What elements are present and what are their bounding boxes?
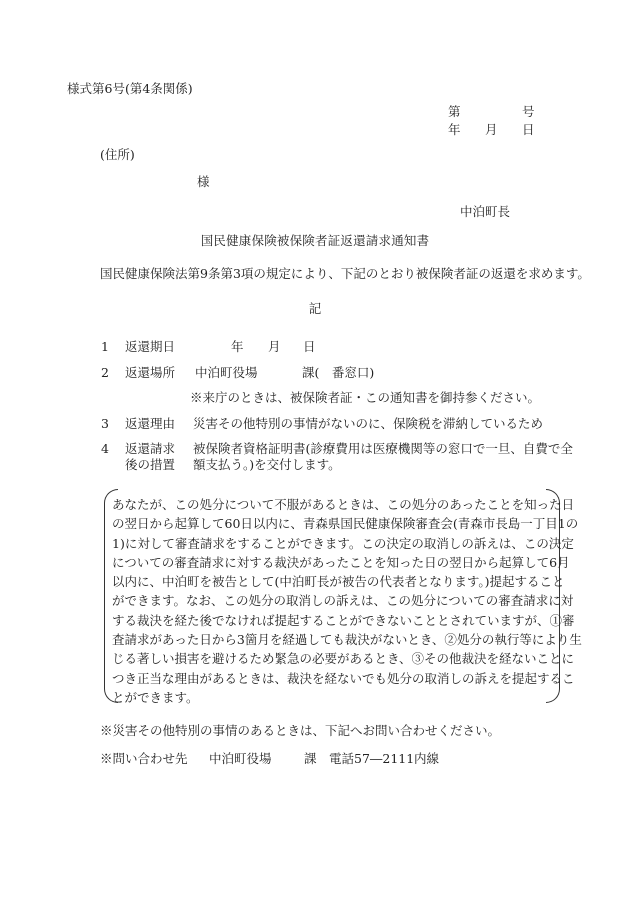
item-label: 返還理由 (125, 418, 175, 431)
document-intro: 国民健康保険法第9条第3項の規定により、下記のとおり被保険者証の返還を求めます。 (100, 268, 590, 281)
appeal-line: 1)に対して審査請求をすることができます。この決定の取消しの訴えは、この決定 (112, 534, 556, 553)
document-number: 第 号 (448, 106, 538, 120)
appeal-line: とができます。 (112, 688, 556, 707)
contact-label: ※問い合わせ先 (100, 753, 188, 766)
document-date: 年 月 日 (448, 124, 538, 138)
number-prefix: 第 (448, 106, 461, 119)
date-day: 日 (522, 124, 535, 137)
sender-name: 中泊町長 (460, 206, 510, 219)
return-day: 日 (303, 341, 316, 354)
return-month: 月 (268, 341, 281, 354)
item-return-date: 1 返還期日 年 月 日 (0, 341, 630, 355)
item-label-line1: 返還請求 (125, 443, 175, 456)
measures-value-line2: 額支払う。)を交付します。 (193, 459, 341, 472)
appeal-notice-box: あなたが、この処分について不服があるときは、この処分のあったことを知った日 の翌… (104, 489, 560, 703)
appeal-line: ができます。なお、この処分の取消しの訴えは、この処分についての審査請求に対 (112, 591, 556, 610)
item-number: 4 (101, 443, 109, 456)
recipient-honorific: 様 (197, 176, 210, 189)
appeal-line: つき正当な理由があるときは、裁決を経ないでも処分の取消しの訴えを提起するこ (112, 669, 556, 688)
appeal-line: 査請求があった日から3箇月を経過しても裁決がないとき、②処分の執行等により生 (112, 630, 556, 649)
item-label-line2: 後の措置 (125, 459, 175, 472)
contact-info: ※問い合わせ先 中泊町役場 課 電話57―2111 内線 (0, 753, 630, 767)
return-office: 中泊町役場 (195, 367, 258, 380)
form-label: 様式第6号(第4条関係) (67, 83, 193, 96)
item-number: 2 (101, 367, 109, 380)
measures-value-line1: 被保険者資格証明書(診療費用は医療機関等の窓口で一旦、自費で全 (193, 443, 573, 456)
return-reason-value: 災害その他特別の事情がないのに、保険税を滞納しているため (193, 418, 543, 431)
item-post-request-measures: 4 返還請求 後の措置 被保険者資格証明書(診療費用は医療機関等の窓口で一旦、自… (0, 443, 630, 475)
contact-office: 中泊町役場 (209, 753, 272, 766)
appeal-line: する裁決を経た後でなければ提起することができないこととされていますが、①審 (112, 611, 556, 630)
appeal-line: 以内に、中泊町を被告として(中泊町長が被告の代表者となります。)提起すること (112, 572, 556, 591)
item-label: 返還場所 (125, 367, 175, 380)
document-title: 国民健康保険被保険者証返還請求通知書 (0, 235, 630, 248)
contact-extension: 内線 (414, 753, 439, 766)
return-year: 年 (231, 341, 244, 354)
contact-phone: 電話57―2111 (329, 753, 414, 766)
special-circumstance-note: ※災害その他特別の事情のあるときは、下記へお問い合わせください。 (100, 725, 500, 738)
appeal-line: じる著しい損害を避けるため緊急の必要があるとき、③その他裁決を経ないことに (112, 649, 556, 668)
item-number: 1 (101, 341, 109, 354)
appeal-line: の翌日から起算して60日以内に、青森県国民健康保険審査会(青森市長島一丁目1の (112, 514, 556, 533)
return-section: 課( 番窓口) (302, 367, 374, 380)
item-return-place: 2 返還場所 中泊町役場 課( 番窓口) (0, 367, 630, 381)
date-year: 年 (448, 124, 461, 137)
appeal-line: あなたが、この処分について不服があるときは、この処分のあったことを知った日 (112, 495, 556, 514)
item-number: 3 (101, 418, 109, 431)
appeal-notice-text: あなたが、この処分について不服があるときは、この処分のあったことを知った日 の翌… (112, 495, 556, 707)
item-return-reason: 3 返還理由 災害その他特別の事情がないのに、保険税を滞納しているため (0, 418, 630, 432)
date-month: 月 (485, 124, 498, 137)
appeal-line: についての審査請求に対する裁決があったことを知った日の翌日から起算して6月 (112, 553, 556, 572)
contact-section: 課 (304, 753, 317, 766)
number-suffix: 号 (522, 106, 535, 119)
item-label: 返還期日 (125, 341, 175, 354)
ki-label: 記 (0, 303, 630, 316)
return-place-note: ※来庁のときは、被保険者証・この通知書を御持参ください。 (190, 392, 540, 405)
recipient-address-label: (住所) (100, 149, 135, 162)
